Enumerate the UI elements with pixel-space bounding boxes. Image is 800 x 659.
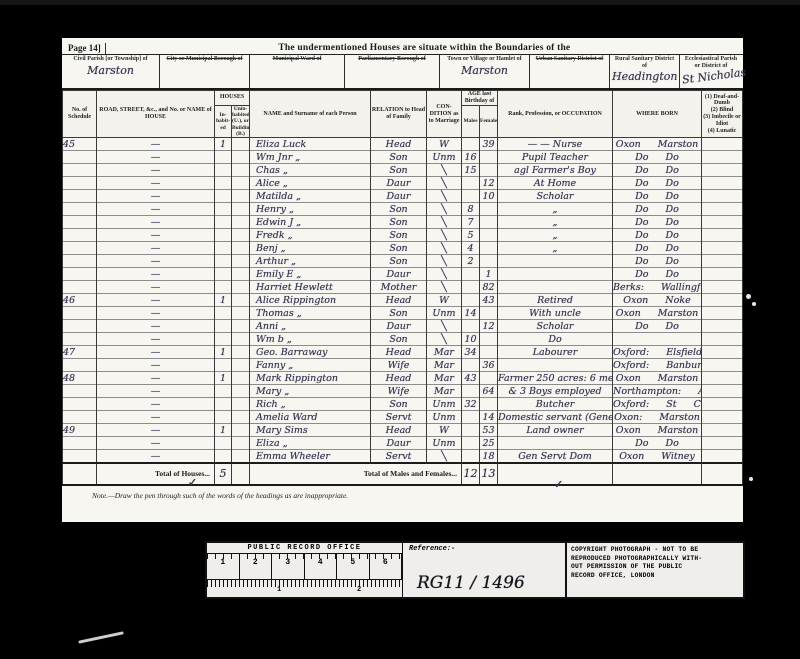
microfilm-viewer-background: { "page": { "page_label": "Page 14]", "t… <box>0 0 800 659</box>
cell-disability <box>702 294 743 307</box>
cell-uninhabited <box>232 294 250 307</box>
cell-age-female: 39 <box>480 138 498 151</box>
cell-age-female: 82 <box>480 281 498 294</box>
cell-where-born: Do Do <box>613 320 702 333</box>
cell-inhabited <box>215 203 232 216</box>
cell-inhabited: 1 <box>215 424 232 437</box>
cell-disability <box>702 320 743 333</box>
disability-line: (3) Imbecile or Idiot <box>702 114 742 128</box>
cell-age-male <box>462 177 480 190</box>
cell-relation: Son <box>371 333 427 346</box>
census-record-row: —Alice „Daur╲12At HomeDo Do <box>63 177 743 190</box>
col-header-road: ROAD, STREET, &c., and No. or NAME of HO… <box>97 91 215 138</box>
district-cell-label: Rural Sanitary District of <box>612 56 677 69</box>
district-cell: Urban Sanitary District of <box>530 55 610 88</box>
cell-name: Mary Sims <box>250 424 371 437</box>
cell-where-born: Do Do <box>613 229 702 242</box>
cell-occupation <box>498 281 613 294</box>
copyright-line: REPRODUCED PHOTOGRAPHICALLY WITH- <box>571 555 739 564</box>
cell-schedule-no <box>63 333 97 346</box>
cell-road: — <box>97 268 215 281</box>
cell-uninhabited <box>232 229 250 242</box>
cell-inhabited <box>215 359 232 372</box>
cell-where-born: Northampton: Aynhoe <box>613 385 702 398</box>
census-record-row: —Chas „Son╲15agl Farmer's BoyDo Do <box>63 164 743 177</box>
cell-age-female <box>480 216 498 229</box>
cell-occupation: Scholar <box>498 320 613 333</box>
cell-inhabited <box>215 255 232 268</box>
cell-uninhabited <box>232 268 250 281</box>
census-record-row: —Eliza „DaurUnm25Do Do <box>63 437 743 450</box>
total-females-value: 13 <box>480 463 498 485</box>
cell-condition: ╲ <box>427 242 462 255</box>
cell-where-born: Oxford: St Clement <box>613 398 702 411</box>
cell-uninhabited <box>232 190 250 203</box>
cell-inhabited <box>215 320 232 333</box>
cell-schedule-no <box>63 320 97 333</box>
cell-schedule-no <box>63 164 97 177</box>
cell-condition: ╲ <box>427 281 462 294</box>
cell-name: Amelia Ward <box>250 411 371 424</box>
cell-where-born: Do Do <box>613 242 702 255</box>
copyright-notice: COPYRIGHT PHOTOGRAPH - NOT TO BEREPRODUC… <box>565 543 743 597</box>
census-record-row: —Matilda „Daur╲10ScholarDo Do <box>63 190 743 203</box>
cell-disability <box>702 346 743 359</box>
cell-disability <box>702 450 743 463</box>
cell-occupation: agl Farmer's Boy <box>498 164 613 177</box>
cell-disability <box>702 385 743 398</box>
cell-inhabited <box>215 242 232 255</box>
cell-name: Mary „ <box>250 385 371 398</box>
ruler-block: PUBLIC RECORD OFFICE 123456 1 2 <box>207 543 403 597</box>
cell-name: Alice Rippington <box>250 294 371 307</box>
cell-age-male: 2 <box>462 255 480 268</box>
cell-disability <box>702 203 743 216</box>
cell-name: Thomas „ <box>250 307 371 320</box>
cell-occupation: At Home <box>498 177 613 190</box>
dust-speck <box>752 302 756 306</box>
cell-occupation: Land owner <box>498 424 613 437</box>
cell-inhabited <box>215 333 232 346</box>
district-cell-label: City or Municipal Borough of <box>162 56 247 63</box>
cell-inhabited: 1 <box>215 294 232 307</box>
cell-road: — <box>97 411 215 424</box>
cell-condition: ╲ <box>427 333 462 346</box>
cell-road: — <box>97 281 215 294</box>
cell-where-born: Do Do <box>613 216 702 229</box>
col-header-name: NAME and Surname of each Person <box>250 91 371 138</box>
cell-occupation: Do <box>498 333 613 346</box>
document-top-strip: Page 14] The undermentioned Houses are s… <box>62 38 743 55</box>
cell-age-female <box>480 372 498 385</box>
cell-inhabited <box>215 229 232 242</box>
cell-age-female <box>480 398 498 411</box>
cell-where-born: Oxon Noke <box>613 294 702 307</box>
cell-road: — <box>97 437 215 450</box>
cell-disability <box>702 164 743 177</box>
cell-age-male: 15 <box>462 164 480 177</box>
cell-disability <box>702 138 743 151</box>
cell-where-born: Do Do <box>613 177 702 190</box>
cell-condition: Mar <box>427 385 462 398</box>
reference-label: Reference:- <box>409 545 455 553</box>
cell-disability <box>702 372 743 385</box>
cell-road: — <box>97 138 215 151</box>
district-cell: Parliamentary Borough of <box>345 55 440 88</box>
cell-where-born: Do Do <box>613 164 702 177</box>
col-header-females: Females <box>480 105 498 138</box>
cell-relation: Son <box>371 216 427 229</box>
cell-relation: Wife <box>371 359 427 372</box>
totals-empty-cell <box>702 463 743 485</box>
cell-name: Rich „ <box>250 398 371 411</box>
cell-occupation: Pupil Teacher <box>498 151 613 164</box>
col-header-schedule: No. of Schedule <box>63 91 97 138</box>
cell-road: — <box>97 385 215 398</box>
dust-speck <box>746 294 751 299</box>
cell-condition: Unm <box>427 411 462 424</box>
cell-condition: Unm <box>427 437 462 450</box>
cell-name: Emma Wheeler <box>250 450 371 463</box>
cell-condition: ╲ <box>427 216 462 229</box>
cell-age-male: 4 <box>462 242 480 255</box>
col-header-age: AGE last Birthday of <box>462 91 498 106</box>
cell-schedule-no <box>63 359 97 372</box>
cell-age-female: 53 <box>480 424 498 437</box>
totals-empty-cell <box>63 463 97 485</box>
cell-where-born: Oxford: Elsfield <box>613 346 702 359</box>
cell-relation: Head <box>371 294 427 307</box>
cell-age-female <box>480 229 498 242</box>
cell-disability <box>702 151 743 164</box>
ruler-number: 1 <box>277 586 281 594</box>
district-cell: Ecclesiastical Parish or District ofSt N… <box>680 55 742 88</box>
cell-road: — <box>97 229 215 242</box>
census-record-row: 47—1Geo. BarrawayHeadMar34LabourerOxford… <box>63 346 743 359</box>
cell-disability <box>702 229 743 242</box>
checkmark: ✓ <box>554 478 563 491</box>
cell-relation: Mother <box>371 281 427 294</box>
cell-name: Emily E „ <box>250 268 371 281</box>
cell-occupation: „ <box>498 203 613 216</box>
cell-road: — <box>97 190 215 203</box>
cell-relation: Head <box>371 372 427 385</box>
cell-name: Eliza „ <box>250 437 371 450</box>
cell-age-male <box>462 294 480 307</box>
census-record-row: 49—1Mary SimsHeadW53Land ownerOxon Marst… <box>63 424 743 437</box>
district-cell-label: Civil Parish [or Township] of <box>64 56 157 63</box>
cell-occupation: Scholar <box>498 190 613 203</box>
census-record-row: —Mary „WifeMar64& 3 Boys employedNortham… <box>63 385 743 398</box>
copyright-line: OUT PERMISSION OF THE PUBLIC <box>571 563 739 572</box>
cell-age-female: 18 <box>480 450 498 463</box>
census-record-row: —Arthur „Son╲2Do Do <box>63 255 743 268</box>
cell-relation: Servt <box>371 450 427 463</box>
cell-road: — <box>97 372 215 385</box>
cell-age-male <box>462 320 480 333</box>
cell-uninhabited <box>232 359 250 372</box>
cell-disability <box>702 398 743 411</box>
cell-name: Wm Jnr „ <box>250 151 371 164</box>
cell-inhabited <box>215 398 232 411</box>
cell-inhabited <box>215 385 232 398</box>
cell-age-male <box>462 268 480 281</box>
dust-speck <box>737 92 740 95</box>
cell-schedule-no: 49 <box>63 424 97 437</box>
cell-where-born: Oxford: Banbury <box>613 359 702 372</box>
totals-row: Total of Houses... 5 Total of Males and … <box>63 463 743 485</box>
cell-road: — <box>97 164 215 177</box>
col-header-inhabited: In-habit-ed <box>215 105 232 138</box>
film-scratch <box>78 631 124 643</box>
cell-condition: Unm <box>427 151 462 164</box>
cell-age-male <box>462 138 480 151</box>
reference-block: Reference:- RG11 / 1496 <box>403 543 565 597</box>
cell-age-male: 16 <box>462 151 480 164</box>
cell-schedule-no: 47 <box>63 346 97 359</box>
cell-condition: W <box>427 138 462 151</box>
cell-name: Fredk „ <box>250 229 371 242</box>
cell-name: Arthur „ <box>250 255 371 268</box>
cell-inhabited <box>215 177 232 190</box>
col-header-where-born: WHERE BORN <box>613 91 702 138</box>
cell-uninhabited <box>232 203 250 216</box>
cell-uninhabited <box>232 307 250 320</box>
cell-age-female <box>480 333 498 346</box>
cell-age-female <box>480 203 498 216</box>
cell-age-male <box>462 385 480 398</box>
census-record-row: 46—1Alice RippingtonHeadW43RetiredOxon N… <box>63 294 743 307</box>
cell-uninhabited <box>232 138 250 151</box>
cell-uninhabited <box>232 151 250 164</box>
district-cell-label: Municipal Ward of <box>252 56 342 63</box>
cell-relation: Head <box>371 346 427 359</box>
col-header-condition: CON-DITION as to Marriage <box>427 91 462 138</box>
census-record-row: —Edwin J „Son╲7„Do Do <box>63 216 743 229</box>
cell-relation: Daur <box>371 268 427 281</box>
cell-age-female: 25 <box>480 437 498 450</box>
census-record-row: 45—1Eliza LuckHeadW39— — NurseOxon Marst… <box>63 138 743 151</box>
col-header-relation: RELATION to Head of Family <box>371 91 427 138</box>
district-cell: Civil Parish [or Township] ofMarston <box>62 55 160 88</box>
cell-age-male <box>462 281 480 294</box>
cell-occupation <box>498 437 613 450</box>
cell-uninhabited <box>232 346 250 359</box>
district-cell: City or Municipal Borough of <box>160 55 250 88</box>
cell-road: — <box>97 216 215 229</box>
cell-disability <box>702 255 743 268</box>
cell-occupation: Labourer <box>498 346 613 359</box>
cell-inhabited <box>215 151 232 164</box>
cell-schedule-no <box>63 190 97 203</box>
page-number-label: Page 14] <box>62 43 106 54</box>
cell-relation: Head <box>371 424 427 437</box>
cell-schedule-no <box>63 398 97 411</box>
cell-relation: Daur <box>371 190 427 203</box>
cell-inhabited <box>215 216 232 229</box>
cell-road: — <box>97 255 215 268</box>
census-record-row: —Fanny „WifeMar36Oxford: Banbury <box>63 359 743 372</box>
cell-condition: Mar <box>427 372 462 385</box>
cell-schedule-no <box>63 450 97 463</box>
col-header-males: Males <box>462 105 480 138</box>
cell-uninhabited <box>232 437 250 450</box>
cell-disability <box>702 411 743 424</box>
cell-age-female: 43 <box>480 294 498 307</box>
cell-name: Alice „ <box>250 177 371 190</box>
cell-relation: Head <box>371 138 427 151</box>
census-record-row: —Thomas „SonUnm14With uncleOxon Marston <box>63 307 743 320</box>
cell-disability <box>702 190 743 203</box>
cell-uninhabited <box>232 164 250 177</box>
cell-uninhabited <box>232 242 250 255</box>
district-cell-value: Marston <box>64 64 157 77</box>
census-document-page: Page 14] The undermentioned Houses are s… <box>62 38 743 522</box>
cell-age-female: 10 <box>480 190 498 203</box>
cell-occupation: Butcher <box>498 398 613 411</box>
census-record-row: —Fredk „Son╲5„Do Do <box>63 229 743 242</box>
cell-name: Geo. Barraway <box>250 346 371 359</box>
cell-disability <box>702 242 743 255</box>
cell-schedule-no <box>63 255 97 268</box>
district-cell-value: St Nicholas <box>681 67 740 87</box>
cell-schedule-no: 45 <box>63 138 97 151</box>
cell-name: Wm b „ <box>250 333 371 346</box>
cell-where-born: Oxon: Marston <box>613 411 702 424</box>
district-cell: Town or Village or Hamlet ofMarston <box>440 55 530 88</box>
cell-schedule-no <box>63 385 97 398</box>
cell-age-male: 5 <box>462 229 480 242</box>
cell-schedule-no: 48 <box>63 372 97 385</box>
cell-age-female: 1 <box>480 268 498 281</box>
ruler-number: 5 <box>337 554 370 579</box>
cell-schedule-no <box>63 268 97 281</box>
cell-occupation: Farmer 250 acres: 6 men <box>498 372 613 385</box>
cell-age-male <box>462 411 480 424</box>
cell-age-male <box>462 190 480 203</box>
cell-road: — <box>97 320 215 333</box>
district-cell: Rural Sanitary District ofHeadington <box>610 55 680 88</box>
cell-inhabited <box>215 164 232 177</box>
totals-empty-cell <box>613 463 702 485</box>
cell-condition: ╲ <box>427 203 462 216</box>
cell-age-female: 64 <box>480 385 498 398</box>
cell-age-female <box>480 307 498 320</box>
cell-condition: W <box>427 424 462 437</box>
cell-disability <box>702 268 743 281</box>
cell-age-female <box>480 164 498 177</box>
cell-condition: Unm <box>427 398 462 411</box>
cell-uninhabited <box>232 333 250 346</box>
cell-occupation <box>498 255 613 268</box>
cell-disability <box>702 333 743 346</box>
cell-uninhabited <box>232 281 250 294</box>
census-record-row: —Wm Jnr „SonUnm16Pupil TeacherDo Do <box>63 151 743 164</box>
cell-age-female <box>480 346 498 359</box>
cell-relation: Son <box>371 229 427 242</box>
cell-schedule-no <box>63 242 97 255</box>
cell-age-female <box>480 151 498 164</box>
census-record-row: —Harriet HewlettMother╲82Berks: Wallingf… <box>63 281 743 294</box>
cell-road: — <box>97 346 215 359</box>
cell-age-male: 10 <box>462 333 480 346</box>
cell-disability <box>702 216 743 229</box>
cell-uninhabited <box>232 385 250 398</box>
cell-age-male: 43 <box>462 372 480 385</box>
disability-line: (1) Deaf-and-Dumb <box>702 94 742 108</box>
cell-uninhabited <box>232 424 250 437</box>
cell-age-male: 34 <box>462 346 480 359</box>
cell-inhabited: 1 <box>215 138 232 151</box>
cell-road: — <box>97 307 215 320</box>
total-males-females-label: Total of Males and Females... <box>250 463 462 485</box>
cell-where-born: Do Do <box>613 437 702 450</box>
cell-relation: Daur <box>371 437 427 450</box>
cell-condition: ╲ <box>427 177 462 190</box>
cell-disability <box>702 281 743 294</box>
ruler-inches: 123456 <box>207 554 402 580</box>
ruler-number: 2 <box>240 554 273 579</box>
copyright-line: RECORD OFFICE, LONDON <box>571 572 739 581</box>
census-record-row: —Amelia WardServtUnm14Domestic servant (… <box>63 411 743 424</box>
district-cell-label: Town or Village or Hamlet of <box>442 56 527 63</box>
cell-condition: Mar <box>427 346 462 359</box>
col-header-houses: HOUSES <box>215 91 250 106</box>
cell-name: Eliza Luck <box>250 138 371 151</box>
cell-road: — <box>97 398 215 411</box>
cell-inhabited <box>215 268 232 281</box>
cell-where-born: Do Do <box>613 203 702 216</box>
cell-age-male: 7 <box>462 216 480 229</box>
cell-inhabited: 1 <box>215 346 232 359</box>
cell-name: Anni „ <box>250 320 371 333</box>
cell-condition: ╲ <box>427 164 462 177</box>
cell-uninhabited <box>232 177 250 190</box>
ruler-number: 2 <box>357 586 361 594</box>
cell-road: — <box>97 151 215 164</box>
cell-age-male: 8 <box>462 203 480 216</box>
cell-schedule-no <box>63 229 97 242</box>
col-header-disabilities: (1) Deaf-and-Dumb (2) Blind (3) Imbecile… <box>702 91 743 138</box>
cell-name: Chas „ <box>250 164 371 177</box>
totals-empty-cell <box>232 463 250 485</box>
cell-inhabited <box>215 437 232 450</box>
cell-age-female: 12 <box>480 177 498 190</box>
district-cell-value: Marston <box>442 64 527 77</box>
cell-name: Matilda „ <box>250 190 371 203</box>
cell-road: — <box>97 333 215 346</box>
cell-disability <box>702 359 743 372</box>
cell-where-born: Oxon Witney <box>613 450 702 463</box>
cell-name: Benj „ <box>250 242 371 255</box>
cell-where-born <box>613 333 702 346</box>
cell-name: Fanny „ <box>250 359 371 372</box>
cell-schedule-no <box>63 411 97 424</box>
cell-name: Harriet Hewlett <box>250 281 371 294</box>
cell-disability <box>702 437 743 450</box>
cell-occupation: „ <box>498 216 613 229</box>
census-record-row: —Anni „Daur╲12ScholarDo Do <box>63 320 743 333</box>
cell-condition: ╲ <box>427 190 462 203</box>
cell-road: — <box>97 242 215 255</box>
cell-disability <box>702 307 743 320</box>
census-record-row: —Emma WheelerServt╲18Gen Servt DomOxon W… <box>63 450 743 463</box>
ruler-number: 3 <box>272 554 305 579</box>
cell-disability <box>702 424 743 437</box>
cell-road: — <box>97 450 215 463</box>
census-record-row: —Henry „Son╲8„Do Do <box>63 203 743 216</box>
cell-occupation: Retired <box>498 294 613 307</box>
